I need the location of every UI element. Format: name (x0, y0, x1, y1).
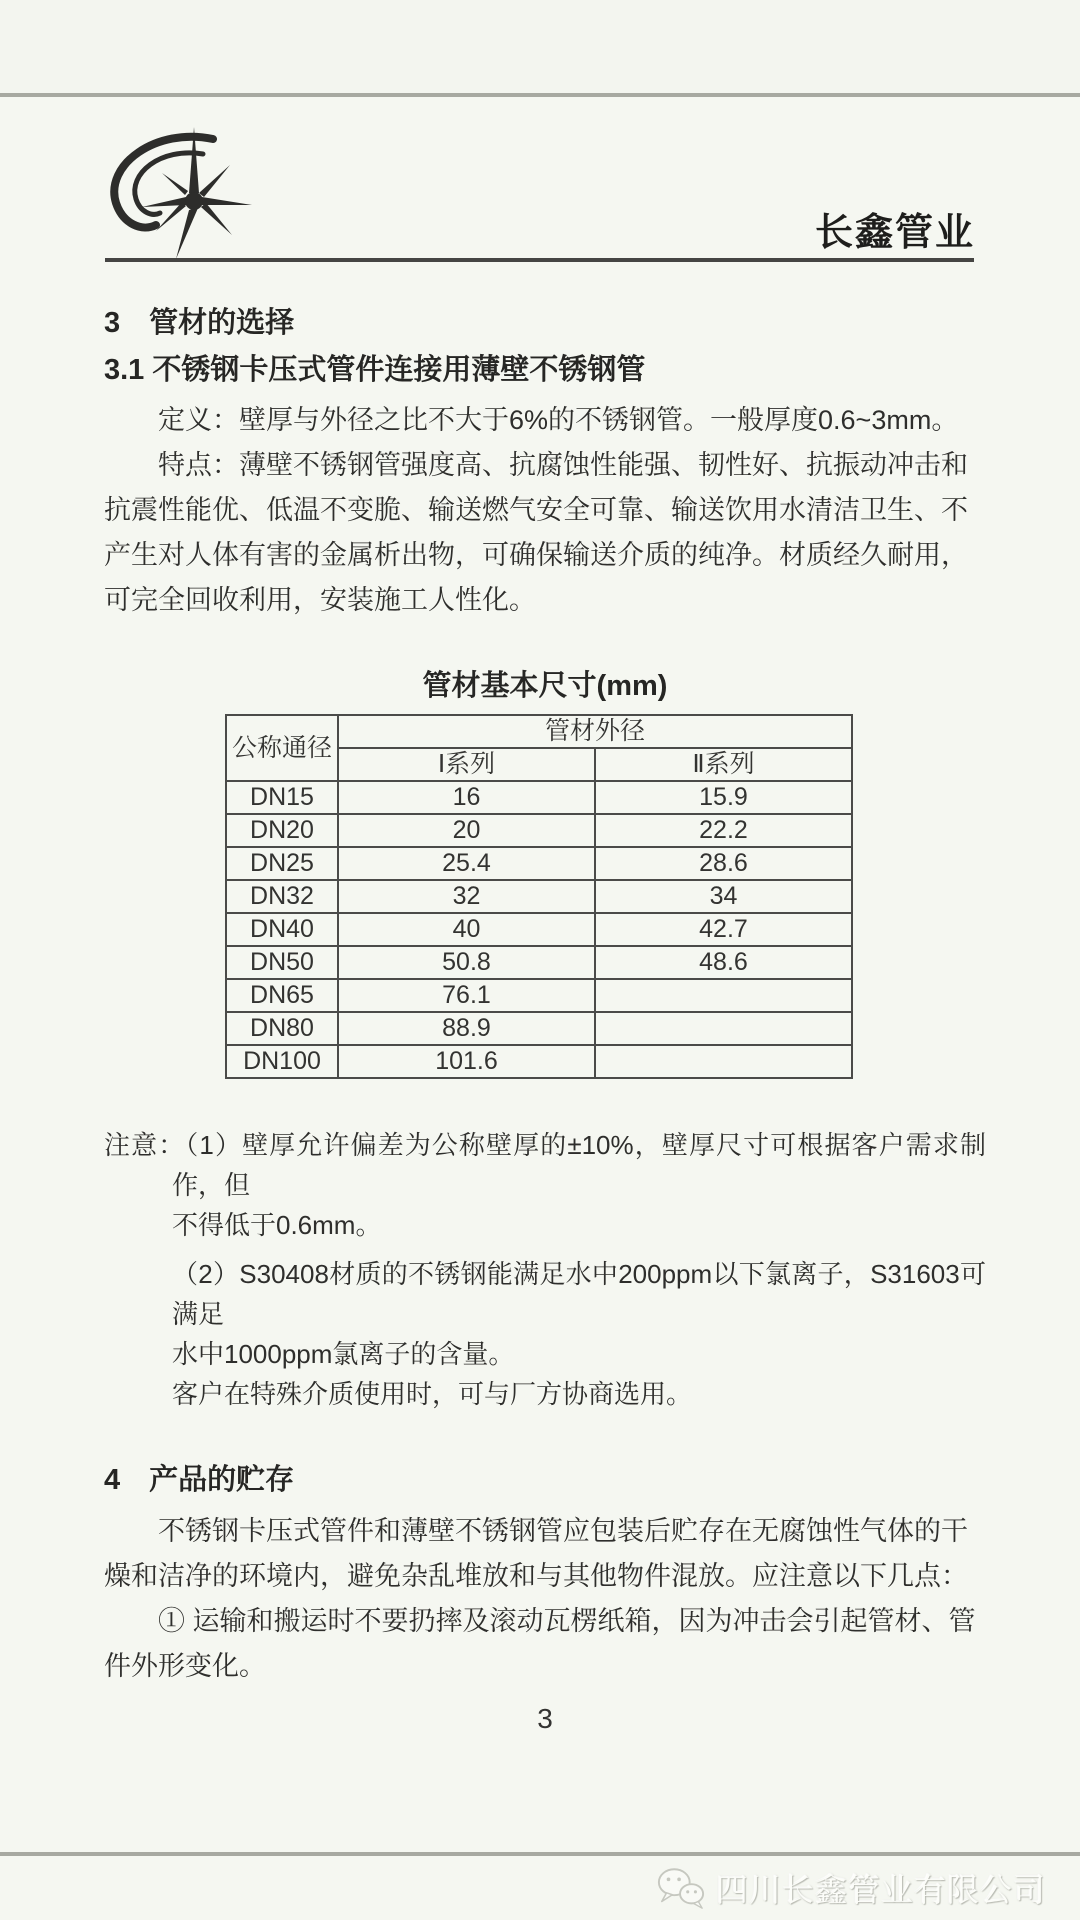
cell-nominal-diameter: DN100 (226, 1045, 338, 1078)
cell-nominal-diameter: DN15 (226, 781, 338, 814)
cell-series-2-value: 34 (595, 880, 852, 913)
cell-series-1-value: 25.4 (338, 847, 595, 880)
note-2: （2）S30408材质的不锈钢能满足水中200ppm以下氯离子，S31603可满… (172, 1254, 986, 1374)
note-1: 注意：（1）壁厚允许偏差为公称壁厚的±10%，壁厚尺寸可根据客户需求制作，但 不… (104, 1125, 986, 1245)
table-row: DN50 50.8 48.6 (226, 946, 852, 979)
company-name-watermark: 四川长鑫管业有限公司 (716, 1865, 1046, 1911)
page-footer: 四川长鑫管业有限公司 (0, 1852, 1080, 1920)
storage-item-1: ① 运输和搬运时不要扔摔及滚动瓦楞纸箱，因为冲击会引起管材、管 件外形变化。 (104, 1599, 986, 1689)
cell-series-2-value: 15.9 (595, 781, 852, 814)
features-paragraph: 特点：薄壁不锈钢管强度高、抗腐蚀性能强、韧性好、抗振动冲击和 抗震性能优、低温不… (104, 443, 986, 623)
cell-nominal-diameter: DN40 (226, 913, 338, 946)
page-number: 3 (104, 1699, 986, 1739)
cell-nominal-diameter: DN80 (226, 1012, 338, 1045)
cell-nominal-diameter: DN65 (226, 979, 338, 1012)
cell-series-1-value: 40 (338, 913, 595, 946)
section-3-1-heading: 3.1 不锈钢卡压式管件连接用薄壁不锈钢管 (104, 353, 986, 387)
pipe-dimensions-table: 公称通径 管材外径 Ⅰ系列 Ⅱ系列 DN15 16 15.9 (225, 714, 853, 1079)
cell-series-2-value: 22.2 (595, 814, 852, 847)
table-row: DN100 101.6 (226, 1045, 852, 1078)
column-header-series-2: Ⅱ系列 (595, 748, 852, 781)
note-3: 客户在特殊介质使用时，可与厂方协商选用。 (172, 1374, 986, 1414)
table-title: 管材基本尺寸(mm) (104, 669, 986, 703)
table-header-row-1: 公称通径 管材外径 (226, 715, 852, 748)
cell-series-1-value: 20 (338, 814, 595, 847)
cell-series-1-value: 101.6 (338, 1045, 595, 1078)
document-body: 3 管材的选择 3.1 不锈钢卡压式管件连接用薄壁不锈钢管 定义：壁厚与外径之比… (0, 306, 1080, 1739)
brand-name: 长鑫管业 (815, 212, 975, 254)
column-header-nominal-diameter: 公称通径 (226, 715, 338, 781)
section-4-heading: 4 产品的贮存 (104, 1463, 986, 1497)
section-3-heading: 3 管材的选择 (104, 306, 986, 340)
cell-series-2-value: 28.6 (595, 847, 852, 880)
cell-series-1-value: 16 (338, 781, 595, 814)
table-row: DN65 76.1 (226, 979, 852, 1012)
cell-series-1-value: 76.1 (338, 979, 595, 1012)
cell-series-2-value (595, 1045, 852, 1078)
cell-series-2-value: 42.7 (595, 913, 852, 946)
table-row: DN40 40 42.7 (226, 913, 852, 946)
table-header: 公称通径 管材外径 Ⅰ系列 Ⅱ系列 (226, 715, 852, 781)
document-page: 长鑫管业 3 管材的选择 3.1 不锈钢卡压式管件连接用薄壁不锈钢管 定义：壁厚… (0, 0, 1080, 1739)
cell-series-1-value: 32 (338, 880, 595, 913)
cell-series-2-value: 48.6 (595, 946, 852, 979)
table-row: DN80 88.9 (226, 1012, 852, 1045)
company-logo-comet-star-icon (90, 125, 262, 261)
column-header-outer-diameter: 管材外径 (338, 715, 852, 748)
cell-series-1-value: 50.8 (338, 946, 595, 979)
notes-block: 注意：（1）壁厚允许偏差为公称壁厚的±10%，壁厚尺寸可根据客户需求制作，但 不… (104, 1125, 986, 1414)
cell-nominal-diameter: DN32 (226, 880, 338, 913)
cell-series-1-value: 88.9 (338, 1012, 595, 1045)
cell-series-2-value (595, 1012, 852, 1045)
table-row: DN20 20 22.2 (226, 814, 852, 847)
document-header: 长鑫管业 (0, 97, 1080, 262)
cell-nominal-diameter: DN50 (226, 946, 338, 979)
table-row: DN25 25.4 28.6 (226, 847, 852, 880)
storage-paragraph: 不锈钢卡压式管件和薄壁不锈钢管应包装后贮存在无腐蚀性气体的干 燥和洁净的环境内，… (104, 1509, 986, 1599)
wechat-icon (656, 1866, 706, 1910)
page-top-margin (0, 0, 1080, 97)
cell-nominal-diameter: DN20 (226, 814, 338, 847)
table-row: DN15 16 15.9 (226, 781, 852, 814)
cell-series-2-value (595, 979, 852, 1012)
cell-nominal-diameter: DN25 (226, 847, 338, 880)
definition-paragraph: 定义：壁厚与外径之比不大于6%的不锈钢管。一般厚度0.6~3mm。 (104, 398, 986, 443)
column-header-series-1: Ⅰ系列 (338, 748, 595, 781)
table-row: DN32 32 34 (226, 880, 852, 913)
table-body: DN15 16 15.9 DN20 20 22.2 DN25 25.4 28.6 (226, 781, 852, 1078)
